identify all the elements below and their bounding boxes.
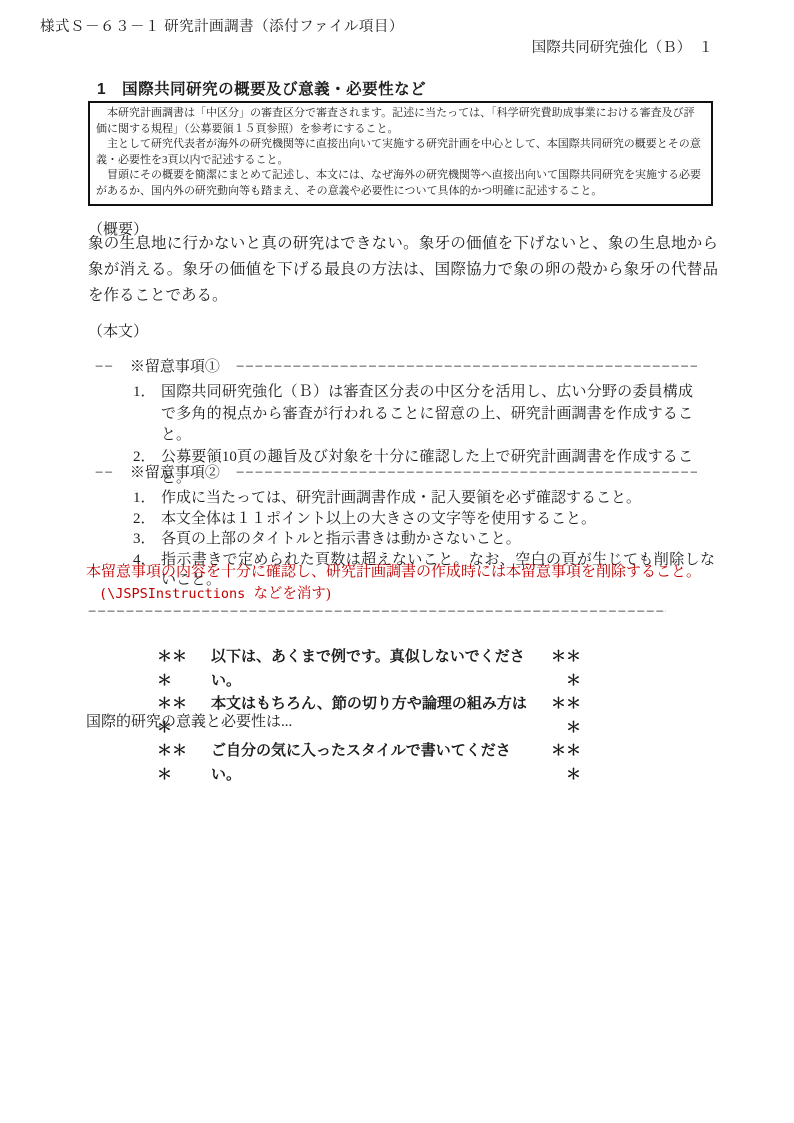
example-row-text: 以下は、あくまで例です。真似しないでください。 (197, 645, 539, 692)
item-text: 各頁の上部のタイトルと指示書きは動かさないこと。 (161, 529, 715, 550)
item-number: 2． (133, 509, 161, 530)
item-text: 本文全体は１１ポイント以上の大きさの文字等を使用すること。 (161, 509, 715, 530)
list-item: 1． 作成に当たっては、研究計画調書作成・記入要領を必ず確認すること。 (133, 488, 715, 509)
overview-text: 象の生息地に行かないと真の研究はできない。象牙の価値を下げないと、象の生息地から… (88, 231, 718, 309)
warning-line-1: 本留意事項の内容を十分に確認し、研究計画調書の作成時には本留意事項を削除すること… (86, 561, 726, 583)
instruction-box: 本研究計画調書は「中区分」の審査区分で審査されます。記述に当たっては、「科学研究… (88, 101, 713, 206)
dash-suffix: −−−−−−−−−−−−−−−−−−−−−−−−−−−−−−−−−−−−−−−−… (236, 463, 697, 484)
star-marker: ＊＊＊ (539, 739, 581, 786)
warning-code-snippet: (\JSPSInstructions (99, 586, 253, 602)
form-number: 様式Ｓ－６３－１ 研究計画調書（添付ファイル項目） (40, 15, 404, 36)
section-title: 1 国際共同研究の概要及び意義・必要性など (97, 77, 426, 99)
example-row: ＊＊＊ ご自分の気に入ったスタイルで書いてください。 ＊＊＊ (157, 739, 581, 786)
warning-line-2-rest: などを消す) (253, 586, 330, 602)
star-marker: ＊＊＊ (539, 645, 581, 692)
dash-prefix: −− (95, 357, 114, 378)
example-body-opening-line: 国際的研究の意義と必要性は... (86, 710, 292, 731)
notes1-label: ※留意事項① (130, 357, 220, 378)
item-text: 国際共同研究強化（Ｂ）は審査区分表の中区分を活用し、広い分野の委員構成で多角的視… (161, 382, 693, 447)
item-number: 1． (133, 382, 161, 447)
instruction-paragraph: 冒頭にその概要を簡潔にまとめて記述し、本文には、なぜ海外の研究機関等へ直接出向い… (96, 168, 705, 199)
example-row-text: ご自分の気に入ったスタイルで書いてください。 (197, 739, 539, 786)
document-page: 様式Ｓ－６３－１ 研究計画調書（添付ファイル項目） 国際共同研究強化（Ｂ） １ … (0, 0, 794, 1123)
item-number: 1． (133, 488, 161, 509)
example-row: ＊＊＊ 以下は、あくまで例です。真似しないでください。 ＊＊＊ (157, 645, 581, 692)
list-item: 3． 各頁の上部のタイトルと指示書きは動かさないこと。 (133, 529, 715, 550)
dash-suffix: −−−−−−−−−−−−−−−−−−−−−−−−−−−−−−−−−−−−−−−−… (236, 357, 697, 378)
main-text-label: （本文） (88, 320, 148, 341)
dashed-separator: −−−−−−−−−−−−−−−−−−−−−−−−−−−−−−−−−−−−−−−−… (88, 604, 666, 621)
instruction-paragraph: 主として研究代表者が海外の研究機関等に直接出向いて実施する研究計画を中心として、… (96, 137, 705, 168)
list-item: 1． 国際共同研究強化（Ｂ）は審査区分表の中区分を活用し、広い分野の委員構成で多… (133, 382, 693, 447)
star-marker: ＊＊＊ (539, 692, 581, 739)
item-text: 作成に当たっては、研究計画調書作成・記入要領を必ず確認すること。 (161, 488, 715, 509)
notes1-header: −− ※留意事項① −−−−−−−−−−−−−−−−−−−−−−−−−−−−−−… (95, 357, 697, 378)
notes2-label: ※留意事項② (130, 463, 220, 484)
notes2-header: −− ※留意事項② −−−−−−−−−−−−−−−−−−−−−−−−−−−−−−… (95, 463, 697, 484)
delete-instructions-warning: 本留意事項の内容を十分に確認し、研究計画調書の作成時には本留意事項を削除すること… (86, 561, 726, 605)
warning-line-2: (\JSPSInstructions などを消す) (86, 583, 726, 605)
instruction-paragraph: 本研究計画調書は「中区分」の審査区分で審査されます。記述に当たっては、「科学研究… (96, 106, 705, 137)
star-marker: ＊＊＊ (157, 645, 197, 692)
item-number: 3． (133, 529, 161, 550)
page-header-category: 国際共同研究強化（Ｂ） １ (532, 36, 713, 57)
star-marker: ＊＊＊ (157, 739, 197, 786)
dash-prefix: −− (95, 463, 114, 484)
list-item: 2． 本文全体は１１ポイント以上の大きさの文字等を使用すること。 (133, 509, 715, 530)
